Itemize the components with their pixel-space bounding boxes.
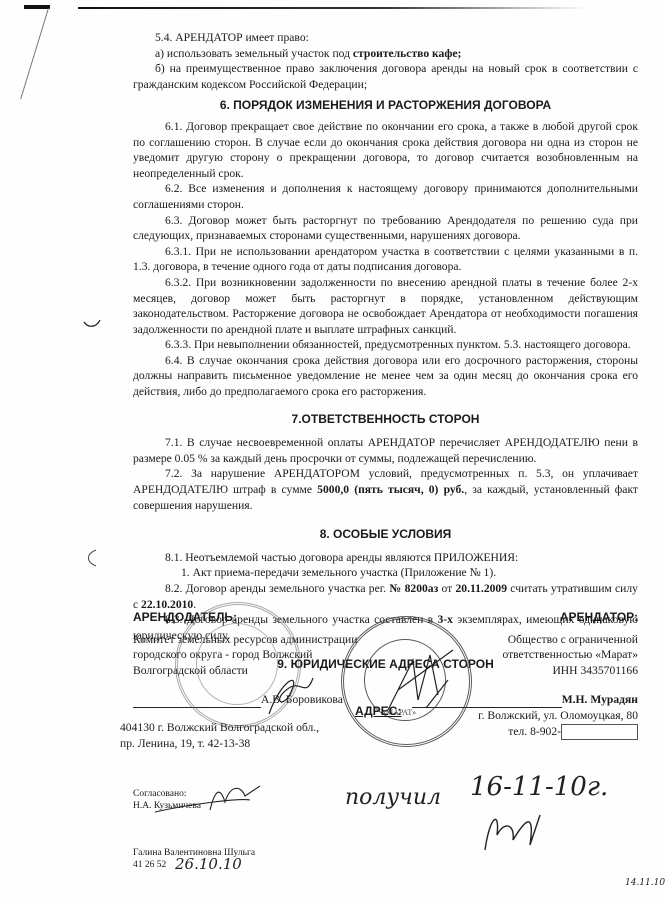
scan-artifact (78, 7, 588, 9)
clause-6-2: 6.2. Все изменения и дополнения к настоя… (133, 181, 638, 212)
lessee-signatory: М.Н. Мурадян (562, 693, 638, 706)
clause-5-4: 5.4. АРЕНДАТОР имеет право: (133, 30, 638, 46)
clause-5-4-b: б) на преимущественное право заключения … (133, 61, 638, 92)
section-8-title: 8. ОСОБЫЕ УСЛОВИЯ (133, 527, 638, 543)
section-7-title: 7.ОТВЕТСТВЕННОСТЬ СТОРОН (133, 412, 638, 428)
clause-8-2: 8.2. Договор аренды земельного участка р… (133, 581, 638, 612)
approval-signature-scribble (150, 782, 270, 822)
clause-8-1: 8.1. Неотъемлемой частью договора аренды… (133, 550, 638, 566)
handwritten-date-right: 16-11-10г. (470, 772, 608, 802)
scan-artifact (24, 5, 50, 9)
clause-6-3-3: 6.3.3. При невыполнении обязанностей, пр… (133, 337, 638, 353)
redacted-phone-box (561, 724, 638, 740)
clause-7-2: 7.2. За нарушение АРЕНДАТОРОМ условий, п… (133, 466, 638, 513)
scan-artifact (20, 8, 49, 99)
clause-5-4-a: а) использовать земельный участок под ст… (133, 46, 638, 62)
received-signature-scribble (475, 805, 555, 855)
clause-6-3: 6.3. Договор может быть расторгнут по тр… (133, 213, 638, 244)
clause-6-3-1: 6.3.1. При не использовании арендатором … (133, 244, 638, 275)
clause-6-1: 6.1. Договор прекращает свое действие по… (133, 119, 638, 181)
clause-6-4: 6.4. В случае окончания срока действия д… (133, 353, 638, 400)
clause-6-3-2: 6.3.2. При возникновении задолженности п… (133, 275, 638, 337)
handwritten-date-left: 26.10.10 (175, 855, 242, 873)
handwritten-received: получил (345, 785, 441, 810)
corner-note: 14.11.10 (625, 878, 665, 888)
lessee-phone: тел. 8-902- (338, 724, 638, 740)
clause-7-1: 7.1. В случае несвоевременной оплаты АРЕ… (133, 435, 638, 466)
margin-mark (82, 548, 100, 568)
lessor-signature-scribble (261, 670, 321, 720)
contract-body: 5.4. АРЕНДАТОР имеет право: а) использов… (133, 30, 638, 673)
lessee-address: г. Волжский, ул. Оломоуцкая, 80 тел. 8-9… (338, 708, 638, 740)
clause-8-1-item: 1. Акт приема-передачи земельного участк… (133, 565, 638, 581)
margin-mark (82, 318, 102, 330)
section-6-title: 6. ПОРЯДОК ИЗМЕНЕНИЯ И РАСТОРЖЕНИЯ ДОГОВ… (133, 98, 638, 114)
scanned-contract-page: 5.4. АРЕНДАТОР имеет право: а) использов… (0, 0, 665, 900)
parties-addresses: АРЕНДОДАТЕЛЬ: Комитет земельных ресурсов… (133, 610, 638, 750)
